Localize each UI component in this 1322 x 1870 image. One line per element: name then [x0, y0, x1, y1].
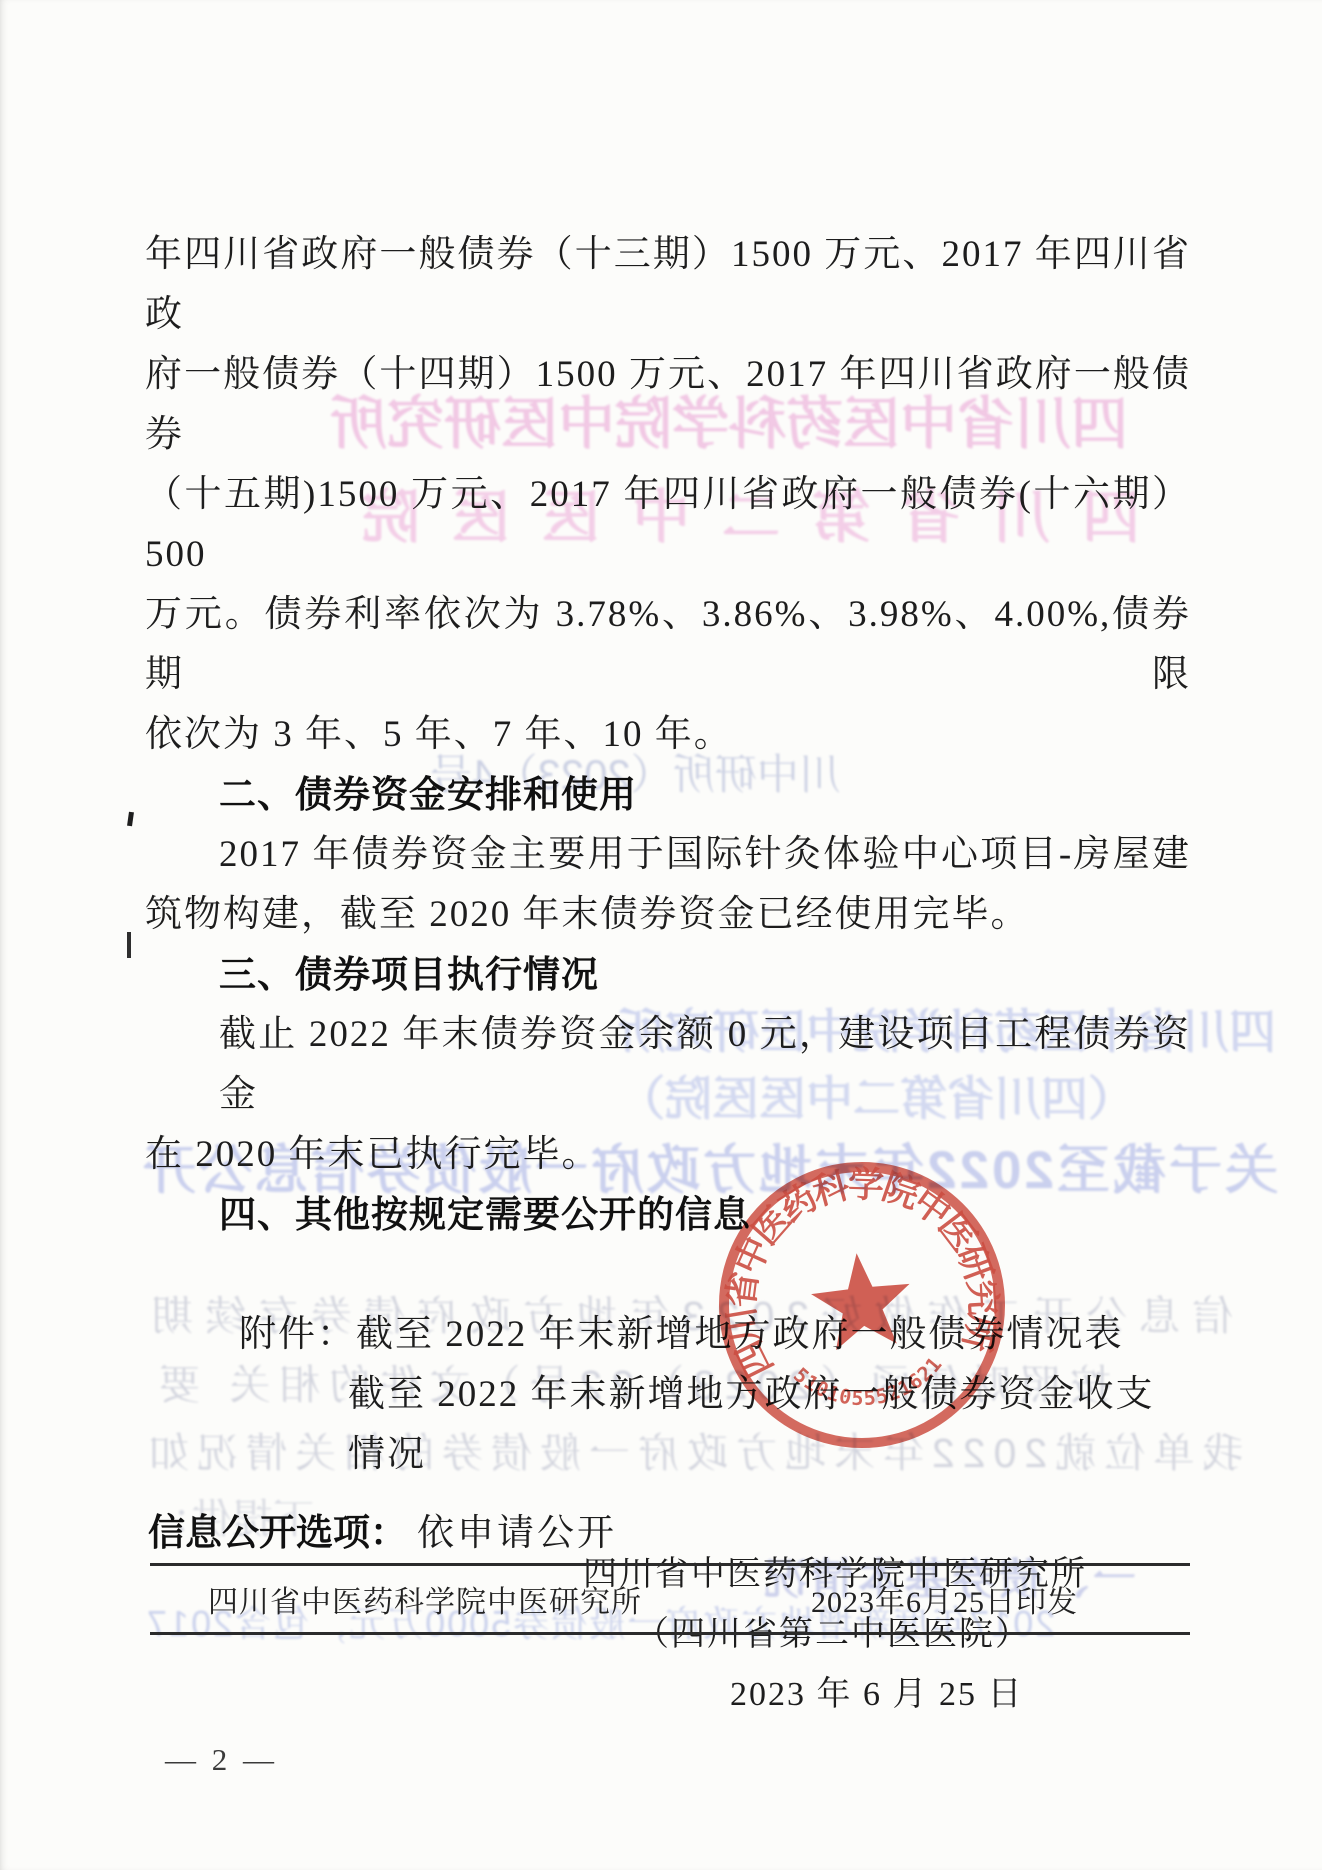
disclosure-row: 信息公开选项：依申请公开	[148, 1502, 617, 1556]
colophon-print-date: 2023年6月25日印发	[811, 1577, 1078, 1621]
scan-artifact	[127, 812, 134, 827]
scan-artifact	[127, 932, 131, 958]
section-heading-4: 四、其他按规定需要公开的信息	[145, 1185, 1191, 1245]
disclosure-value: 依申请公开	[417, 1513, 617, 1554]
document-body: 年四川省政府一般债券（十三期）1500 万元、2017 年四川省政 府一般债券（…	[145, 225, 1191, 1725]
section-heading-3: 三、债券项目执行情况	[145, 945, 1191, 1005]
colophon-issuer: 四川省中医药科学院中医研究所	[208, 1577, 642, 1621]
body-line: （十五期)1500 万元、2017 年四川省政府一般债券(十六期） 500	[145, 465, 1191, 585]
attachment-line: 截至 2022 年末新增地方政府一般债券资金收支情况	[145, 1365, 1191, 1485]
body-line: 依次为 3 年、5 年、7 年、10 年。	[145, 705, 1191, 765]
colophon-band: 四川省中医药科学院中医研究所 2023年6月25日印发	[150, 1563, 1190, 1635]
body-line: 府一般债券（十四期）1500 万元、2017 年四川省政府一般债券	[145, 345, 1191, 465]
body-line: 截止 2022 年末债券资金余额 0 元，建设项目工程债券资金	[145, 1005, 1191, 1125]
body-line: 在 2020 年末已执行完毕。	[145, 1125, 1191, 1185]
section-heading-2: 二、债券资金安排和使用	[145, 765, 1191, 825]
attachment-line: 附件：截至 2022 年末新增地方政府一般债券情况表	[145, 1305, 1191, 1365]
scanned-document-page: 四川省中医药科学院中医研究所 四川省第二中医医院 川中研所（2023）4号 四川…	[0, 0, 1322, 1870]
body-line: 2017 年债券资金主要用于国际针灸体验中心项目-房屋建	[145, 825, 1191, 885]
page-number: — 2 —	[165, 1742, 278, 1778]
disclosure-label: 信息公开选项：	[148, 1512, 407, 1553]
signature-date: 2023 年 6 月 25 日	[145, 1665, 1191, 1725]
body-line: 筑物构建，截至 2020 年末债券资金已经使用完毕。	[145, 885, 1191, 945]
body-line: 年四川省政府一般债券（十三期）1500 万元、2017 年四川省政	[145, 225, 1191, 345]
body-line: 万元。债券利率依次为 3.78%、3.86%、3.98%、4.00%,债券期限	[145, 585, 1191, 705]
